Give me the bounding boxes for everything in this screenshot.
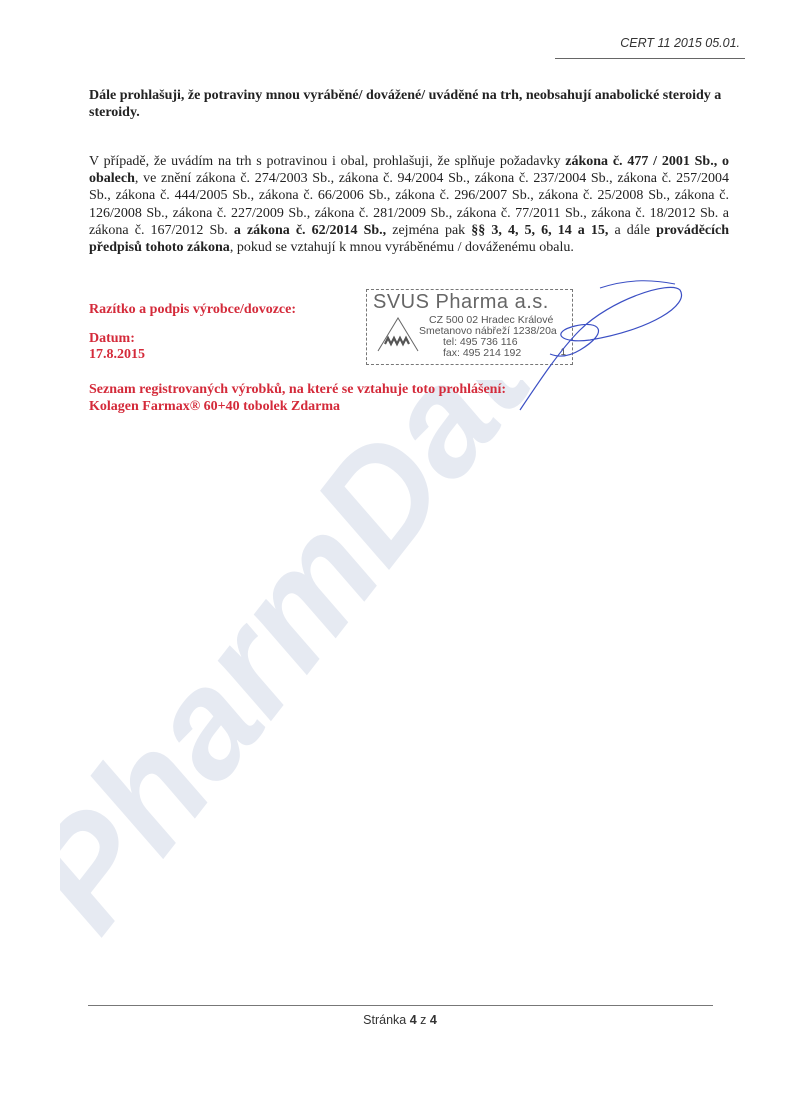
text-run: V případě, že uvádím na trh s potravinou… [89,154,565,169]
header-divider [555,58,745,59]
stamp-fax: fax: 495 214 192 [443,347,521,359]
stamp-number: 1 [560,347,566,358]
page-total: 4 [430,1013,437,1027]
stamp-company-name: SVUS Pharma a.s. [373,291,549,314]
products-title: Seznam registrovaných výrobků, na které … [89,382,506,398]
date-label: Datum: [89,331,135,347]
company-stamp: SVUS Pharma a.s. CZ 500 02 Hradec Králov… [366,289,573,365]
text-run: , pokud se vztahují k mnou vyráběnému / … [230,240,574,255]
watermark: PharmData s.r.o. [60,380,800,940]
section-reference: §§ 3, 4, 5, 6, 14 a 15, [471,223,608,238]
stamp-signature-label: Razítko a podpis výrobce/dovozce: [89,302,296,318]
document-code: CERT 11 2015 05.01. [555,36,740,50]
page-indicator: Stránka 4 z 4 [0,1013,800,1027]
page-separator: z [420,1013,426,1027]
text-run: zejména pak [386,223,471,238]
packaging-declaration: V případě, že uvádím na trh s potravinou… [89,153,729,256]
law-reference: a zákona č. 62/2014 Sb., [234,223,386,238]
page-label: Stránka [363,1013,406,1027]
footer-divider [88,1005,713,1006]
text-run: a dále [608,223,656,238]
steroid-declaration: Dále prohlašuji, že potraviny mnou vyráb… [89,87,729,121]
date-value: 17.8.2015 [89,347,145,363]
page-current: 4 [410,1013,417,1027]
company-logo-icon [375,314,421,354]
watermark-text: PharmData s.r.o. [60,380,800,940]
product-item: Kolagen Farmax® 60+40 tobolek Zdarma [89,399,340,415]
